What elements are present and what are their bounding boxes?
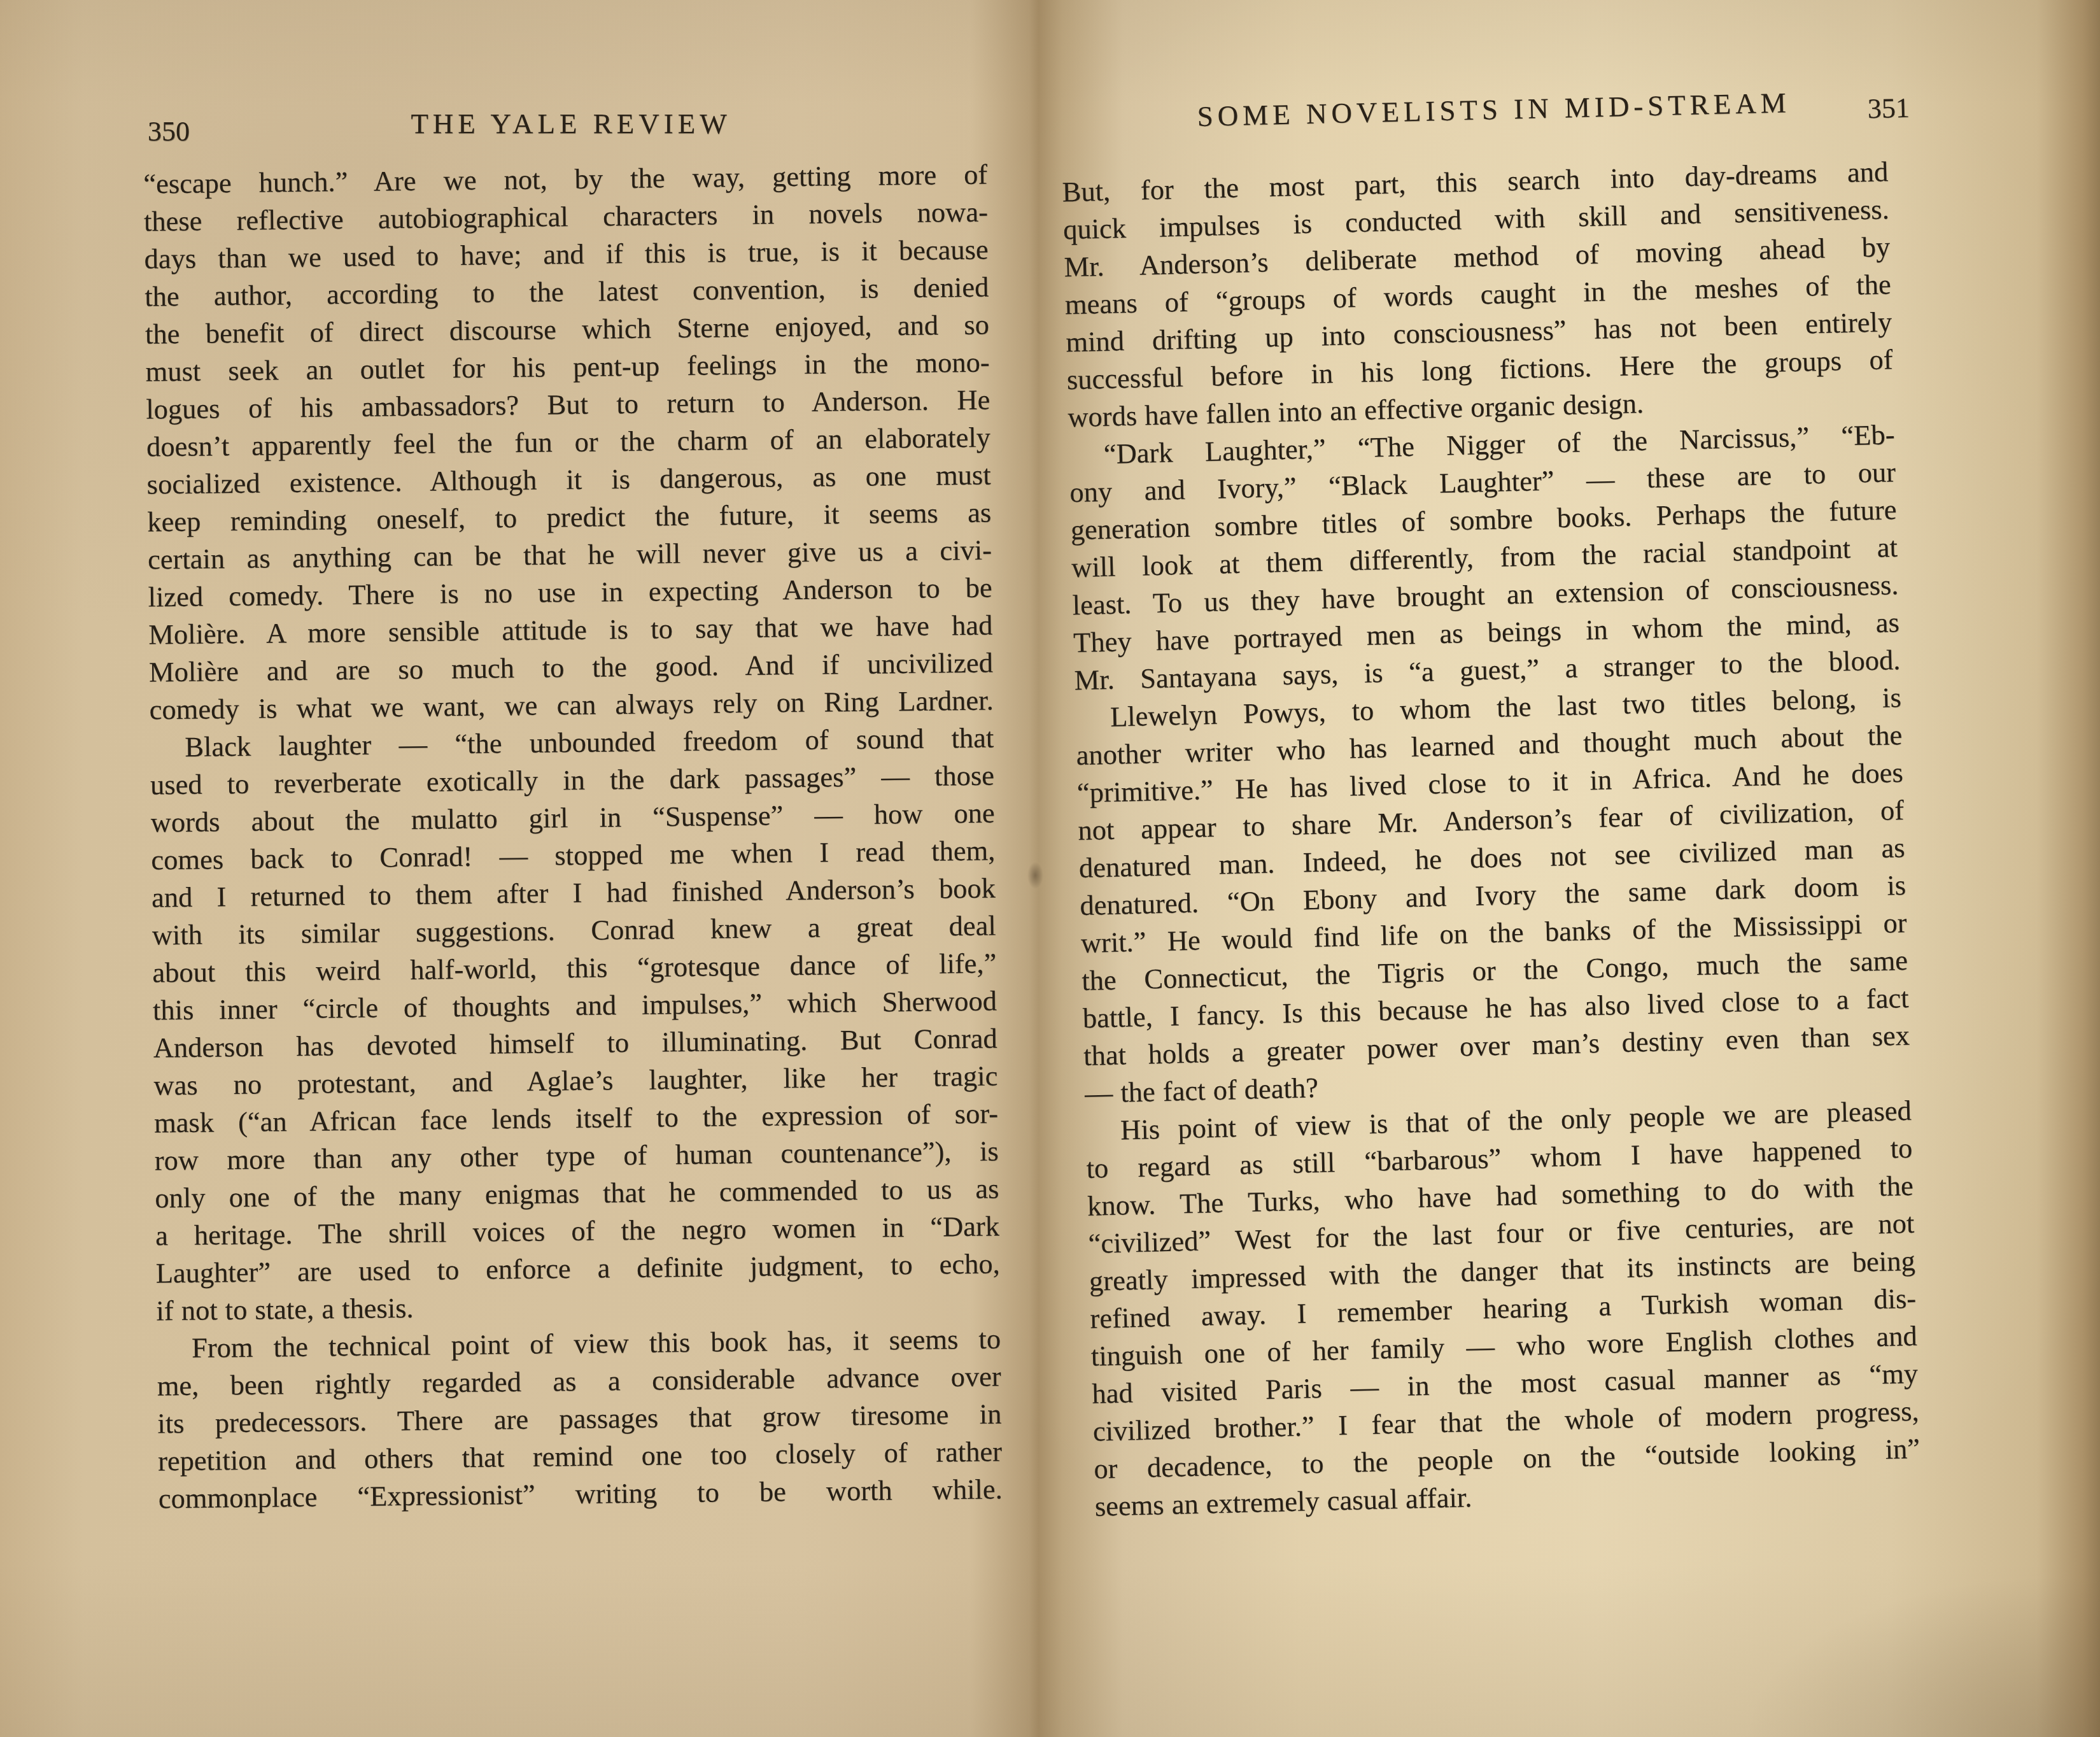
- left-text-column: “escape hunch.” Are we not, by the way, …: [143, 156, 1003, 1518]
- book-scan: { "book": { "left_page": { "page_number"…: [0, 0, 2100, 1737]
- right-page-number: 351: [1867, 92, 1910, 125]
- left-page-header: 350 THE YALE REVIEW: [148, 107, 994, 155]
- right-text-column: But, for the most part, this search into…: [1062, 153, 1921, 1526]
- left-running-header: THE YALE REVIEW: [148, 107, 994, 140]
- left-page-number: 350: [148, 115, 190, 148]
